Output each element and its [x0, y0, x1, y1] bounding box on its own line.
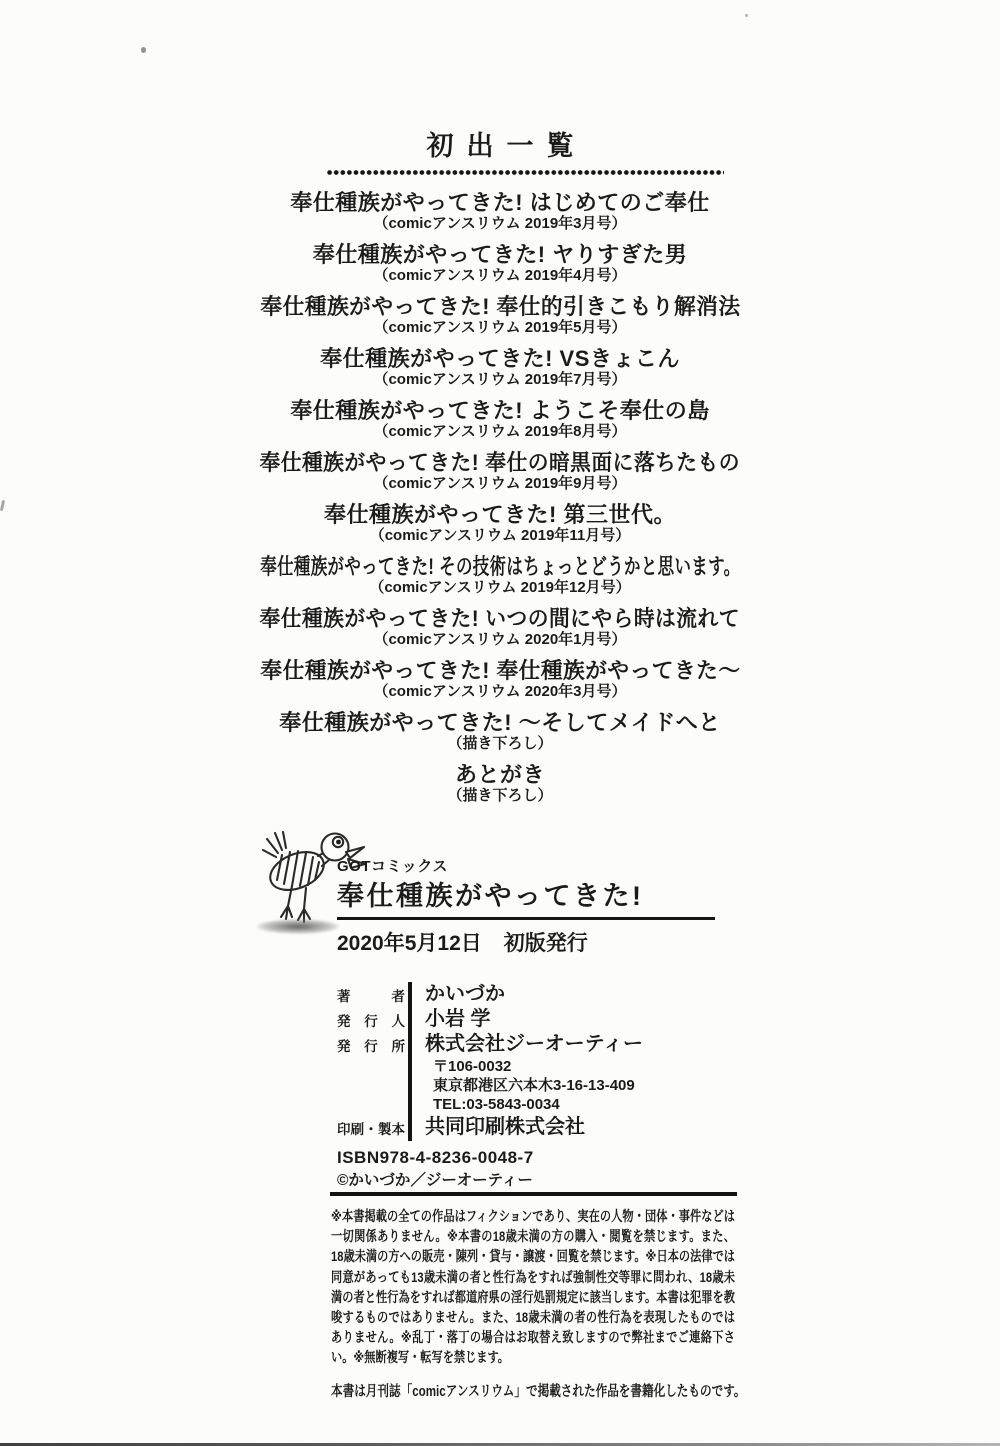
edition-line: 2020年5月12日初版発行: [337, 931, 737, 956]
colophon-block: GOTコミックス 奉仕種族がやってきた! 2020年5月12日初版発行: [337, 858, 737, 956]
list-item: 奉仕種族がやってきた! 第三世代。 （comicアンスリウム 2019年11月号…: [0, 502, 1000, 544]
credit-value: 共同印刷株式会社: [425, 1114, 737, 1141]
title-rule: [337, 917, 715, 920]
credit-value: TEL:03-5843-0034: [433, 1095, 737, 1114]
list-item: 奉仕種族がやってきた! 奉仕的引きこもり解消法 （comicアンスリウム 201…: [0, 294, 1000, 336]
credit-row: 東京都港区六本木3-16-13-409: [337, 1076, 737, 1095]
credit-row: 著者 かいづか: [337, 982, 737, 1007]
list-item: 奉仕種族がやってきた! ～そしてメイドへと （描き下ろし）: [0, 710, 1000, 752]
credit-value-cell: 株式会社ジーオーティー: [408, 1032, 737, 1057]
credit-value: 小岩 学: [425, 1007, 737, 1032]
credit-value-cell: TEL:03-5843-0034: [408, 1095, 737, 1114]
list-item: 奉仕種族がやってきた! ようこそ奉仕の島 （comicアンスリウム 2019年8…: [0, 398, 1000, 440]
scan-speck: [141, 47, 146, 53]
credits-table: 著者 かいづか 発行人 小岩 学 発行所 株式会社ジーオーティー 〒106-00…: [337, 982, 737, 1141]
entry-source: （comicアンスリウム 2019年11月号）: [0, 527, 1000, 544]
credit-value-cell: かいづか: [408, 982, 737, 1007]
credit-label: 発行人: [337, 1010, 405, 1030]
credit-value-cell: 共同印刷株式会社: [408, 1114, 737, 1141]
list-item: 奉仕種族がやってきた! VSきょこん （comicアンスリウム 2019年7月号…: [0, 346, 1000, 388]
credit-value: かいづか: [425, 982, 737, 1007]
entry-source: （comicアンスリウム 2019年5月号）: [0, 319, 1000, 336]
credit-value: 株式会社ジーオーティー: [425, 1032, 737, 1057]
credit-value-cell: 〒106-0032: [408, 1057, 737, 1076]
entry-title: 奉仕種族がやってきた! はじめてのご奉仕: [290, 190, 709, 215]
entry-source: （描き下ろし）: [0, 735, 1000, 752]
list-item: 奉仕種族がやってきた! いつの間にやら時は流れて （comicアンスリウム 20…: [0, 606, 1000, 648]
entry-source: （comicアンスリウム 2019年4月号）: [0, 267, 1000, 284]
scan-speck: [745, 14, 748, 17]
entry-title: 奉仕種族がやってきた! 奉仕の暗黒面に落ちたもの: [260, 450, 740, 475]
credit-label: 印刷・製本: [337, 1118, 405, 1138]
entry-title: 奉仕種族がやってきた! ヤりすぎた男: [313, 242, 687, 267]
first-publication-list: 奉仕種族がやってきた! はじめてのご奉仕 （comicアンスリウム 2019年3…: [0, 190, 1000, 814]
credit-label: 発行所: [337, 1035, 405, 1055]
isbn-block: ISBN978-4-8236-0048-7 ©かいづか／ジーオーティー: [337, 1148, 534, 1190]
copyright: ©かいづか／ジーオーティー: [337, 1171, 534, 1190]
list-item: 奉仕種族がやってきた! 奉仕種族がやってきた～ （comicアンスリウム 202…: [0, 658, 1000, 700]
credit-row: TEL:03-5843-0034: [337, 1095, 737, 1114]
imprint-label: GOTコミックス: [337, 858, 737, 876]
credit-label: 著者: [337, 985, 405, 1005]
book-title: 奉仕種族がやってきた!: [337, 880, 737, 912]
entry-source: （comicアンスリウム 2019年12月号）: [0, 579, 1000, 596]
list-item: あとがき （描き下ろし）: [0, 762, 1000, 804]
publication-date: 2020年5月12日: [337, 932, 482, 955]
entry-source: （comicアンスリウム 2019年9月号）: [0, 475, 1000, 492]
entry-source: （comicアンスリウム 2019年8月号）: [0, 423, 1000, 440]
credit-value-cell: 小岩 学: [408, 1007, 737, 1032]
entry-source: （comicアンスリウム 2019年3月号）: [0, 215, 1000, 232]
legal-disclaimer: ※本書掲載の全ての作品はフィクションであり、実在の人物・団体・事件などは一切関係…: [331, 1206, 735, 1368]
entry-title: 奉仕種族がやってきた! その技術はちょっとどうかと思います。: [260, 554, 740, 579]
dotted-divider: [327, 170, 724, 175]
credit-row: 発行所 株式会社ジーオーティー: [337, 1032, 737, 1057]
colophon-page: 初出一覧 奉仕種族がやってきた! はじめてのご奉仕 （comicアンスリウム 2…: [0, 0, 1000, 1446]
list-item: 奉仕種族がやってきた! その技術はちょっとどうかと思います。 （comicアンス…: [0, 554, 1000, 596]
list-item: 奉仕種族がやってきた! 奉仕の暗黒面に落ちたもの （comicアンスリウム 20…: [0, 450, 1000, 492]
entry-source: （comicアンスリウム 2020年3月号）: [0, 683, 1000, 700]
credit-row: 発行人 小岩 学: [337, 1007, 737, 1032]
entry-title: 奉仕種族がやってきた! 奉仕的引きこもり解消法: [260, 294, 740, 319]
entry-title: 奉仕種族がやってきた! 奉仕種族がやってきた～: [260, 658, 740, 683]
first-publication-title: 初出一覧: [0, 130, 1000, 162]
list-item: 奉仕種族がやってきた! ヤりすぎた男 （comicアンスリウム 2019年4月号…: [0, 242, 1000, 284]
entry-title: 奉仕種族がやってきた! いつの間にやら時は流れて: [260, 606, 740, 631]
entry-source: （comicアンスリウム 2020年1月号）: [0, 631, 1000, 648]
entry-title: あとがき: [455, 762, 545, 787]
bird-shadow: [257, 919, 339, 934]
entry-title: 奉仕種族がやってきた! ようこそ奉仕の島: [290, 398, 709, 423]
entry-source: （描き下ろし）: [0, 787, 1000, 804]
divider-rule: [330, 1192, 737, 1196]
entry-title: 奉仕種族がやってきた! 第三世代。: [324, 502, 676, 527]
credit-value: 東京都港区六本木3-16-13-409: [433, 1076, 737, 1095]
entry-title: 奉仕種族がやってきた! ～そしてメイドへと: [279, 710, 721, 735]
edition-label: 初版発行: [504, 932, 588, 955]
isbn: ISBN978-4-8236-0048-7: [337, 1148, 534, 1168]
credit-value: 〒106-0032: [433, 1057, 737, 1076]
serialization-note: 本書は月刊誌「comicアンスリウム」で掲載された作品を書籍化したものです。: [331, 1383, 735, 1401]
credit-value-cell: 東京都港区六本木3-16-13-409: [408, 1076, 737, 1095]
credit-row: 印刷・製本 共同印刷株式会社: [337, 1114, 737, 1141]
list-item: 奉仕種族がやってきた! はじめてのご奉仕 （comicアンスリウム 2019年3…: [0, 190, 1000, 232]
entry-source: （comicアンスリウム 2019年7月号）: [0, 371, 1000, 388]
entry-title: 奉仕種族がやってきた! VSきょこん: [320, 346, 680, 371]
credit-row: 〒106-0032: [337, 1057, 737, 1076]
